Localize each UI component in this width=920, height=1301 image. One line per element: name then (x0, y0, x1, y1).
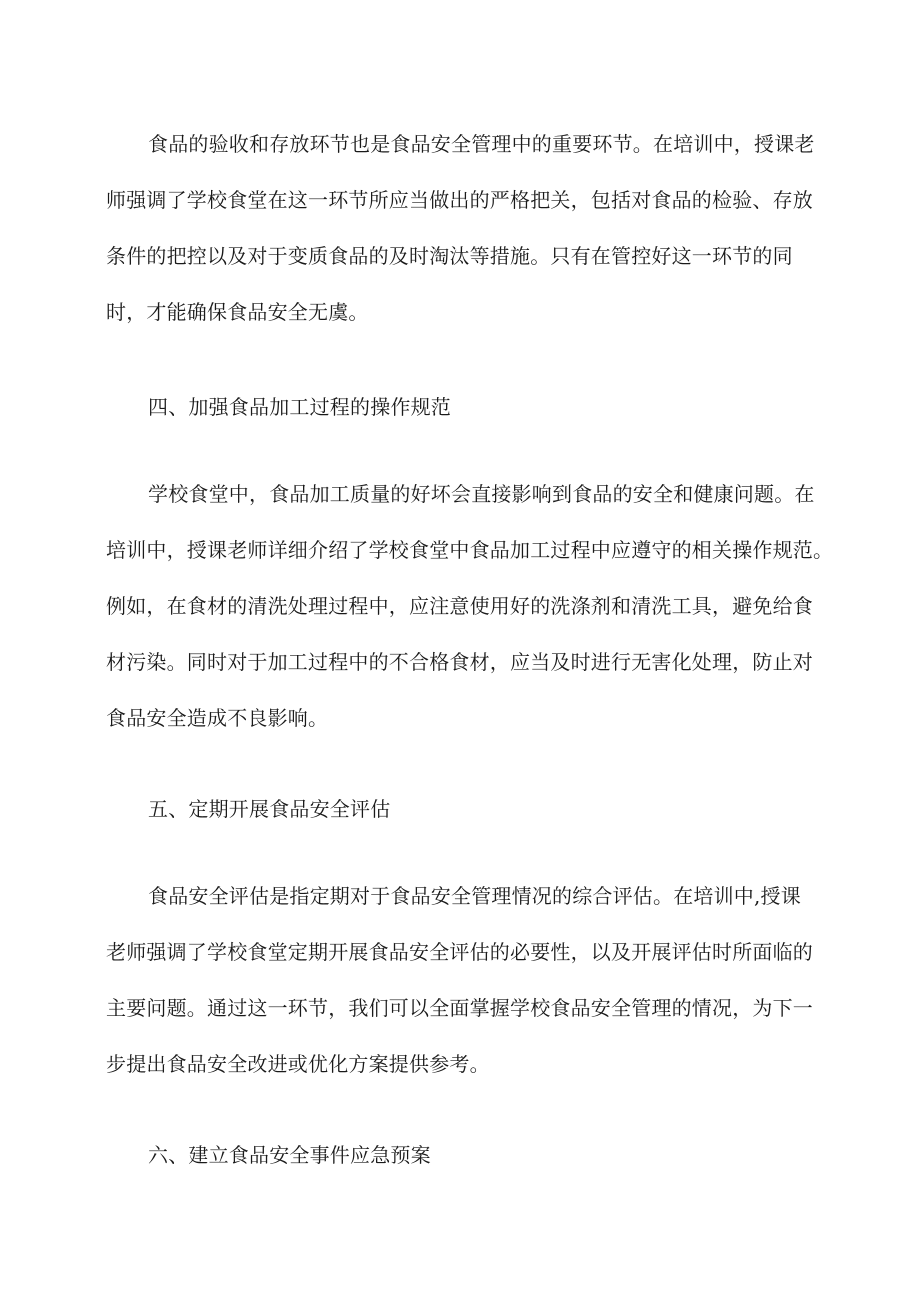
text-line: 食品安全造成不良影响。 (106, 706, 328, 730)
text-line: 培训中，授课老师详细介绍了学校食堂中食品加工过程中应遵守的相关操作规范。 (106, 538, 833, 562)
text-line: 材污染。同时对于加工过程中的不合格食材，应当及时进行无害化处理，防止对 (106, 650, 813, 674)
text-line: 老师强调了学校食堂定期开展食品安全评估的必要性，以及开展评估时所面临的 (106, 940, 813, 964)
text-line: 主要问题。通过这一环节，我们可以全面掌握学校食品安全管理的情况，为下一 (106, 996, 813, 1020)
text-line: 时，才能确保食品安全无虞。 (106, 300, 369, 324)
heading-section-4: 四、加强食品加工过程的操作规范 (148, 395, 451, 419)
text-line: 例如，在食材的清洗处理过程中，应注意使用好的洗涤剂和清洗工具，避免给食 (106, 594, 813, 618)
text-line: 步提出食品安全改进或优化方案提供参考。 (106, 1052, 490, 1076)
text-line: 学校食堂中，食品加工质量的好坏会直接影响到食品的安全和健康问题。在 (148, 482, 815, 506)
heading-section-5: 五、定期开展食品安全评估 (148, 797, 390, 821)
text-line: 食品的验收和存放环节也是食品安全管理中的重要环节。在培训中，授课老 (148, 132, 815, 156)
document-page: 食品的验收和存放环节也是食品安全管理中的重要环节。在培训中，授课老 师强调了学校… (0, 0, 920, 1301)
text-line: 食品安全评估是指定期对于食品安全管理情况的综合评估。在培训中,授课 (148, 884, 801, 908)
text-line: 条件的把控以及对于变质食品的及时淘汰等措施。只有在管控好这一环节的同 (106, 244, 793, 268)
heading-section-6: 六、建立食品安全事件应急预案 (148, 1143, 431, 1167)
text-line: 师强调了学校食堂在这一环节所应当做出的严格把关，包括对食品的检验、存放 (106, 188, 813, 212)
